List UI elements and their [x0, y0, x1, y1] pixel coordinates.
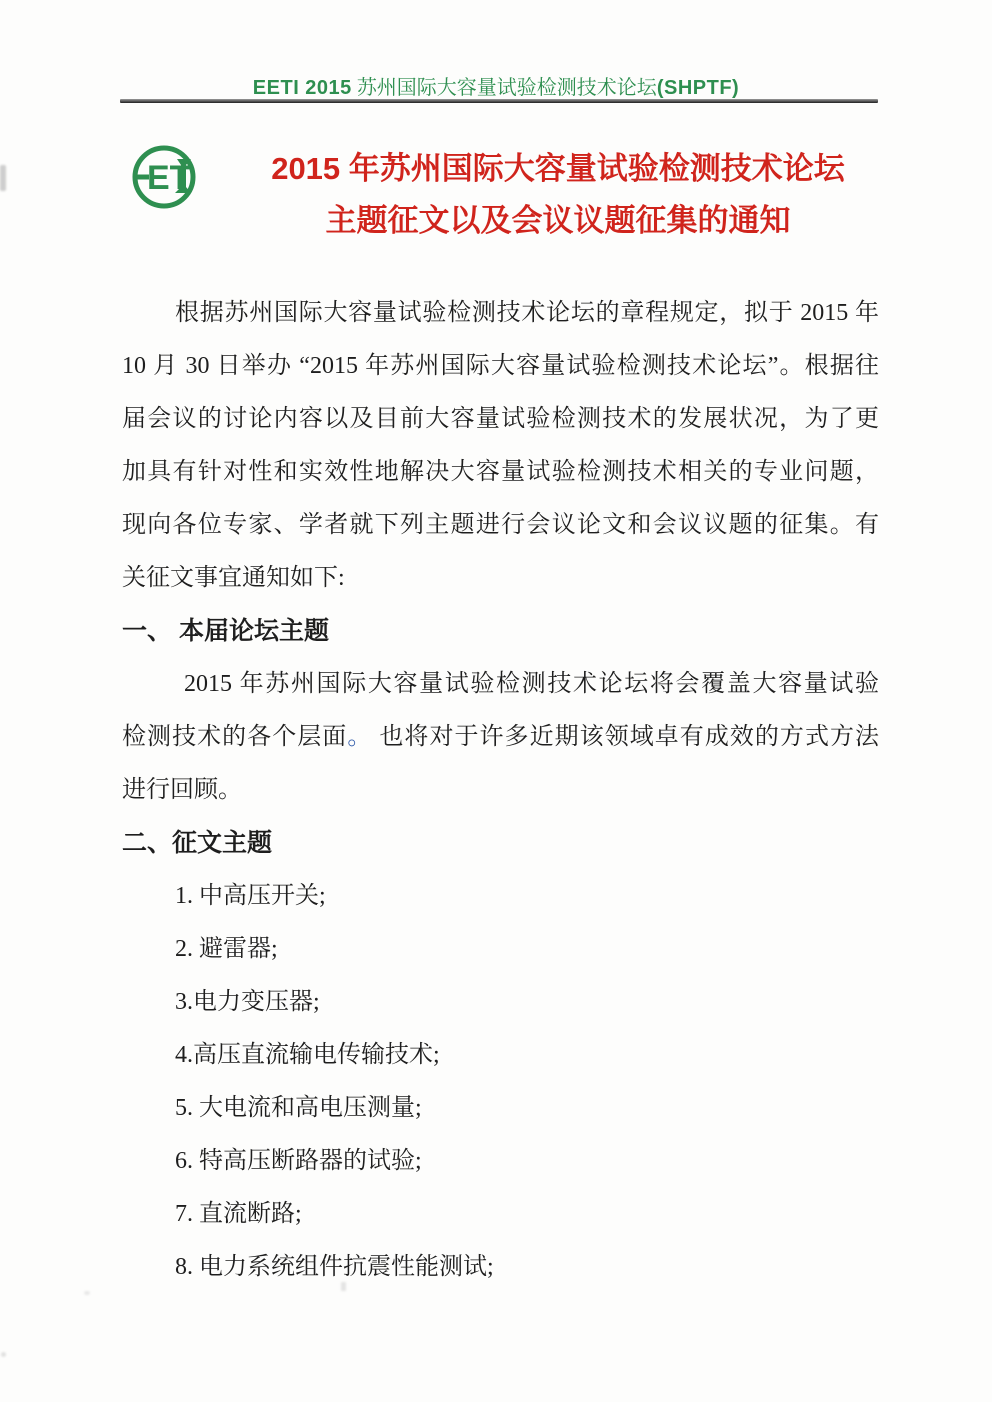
text-line: 届会议的讨论内容以及目前大容量试验检测技术的发展状况，为了更: [122, 393, 879, 446]
text-line: 4.高压直流输电传输技术;: [122, 1029, 879, 1082]
text-line: 关征文事宜通知如下:: [122, 552, 879, 605]
text-line: 5. 大电流和高电压测量;: [122, 1082, 879, 1135]
document-title: 2015 年苏州国际大容量试验检测技术论坛 主题征文以及会议议题征集的通知: [238, 143, 878, 247]
header-forum-name: 苏州国际大容量试验检测技术论坛: [357, 77, 657, 99]
eeti-logo: ET: [127, 140, 203, 214]
header-abbreviation: (SHPTF): [657, 77, 739, 99]
header-brand: EETI 2015: [253, 77, 352, 99]
scan-artifact: [1, 1352, 6, 1357]
text-line: 加具有针对性和实效性地解决大容量试验检测技术相关的专业问题，: [122, 446, 879, 499]
text-line: 10 月 30 日举办 “2015 年苏州国际大容量试验检测技术论坛”。根据往: [122, 340, 879, 393]
text-line: 现向各位专家、学者就下列主题进行会议论文和会议议题的征集。有: [122, 499, 879, 552]
text-line: 根据苏州国际大容量试验检测技术论坛的章程规定，拟于 2015 年: [122, 287, 879, 340]
scan-artifact: [341, 1282, 346, 1291]
document-page: EETI 2015 苏州国际大容量试验检测技术论坛(SHPTF) ET 2015…: [0, 0, 992, 1402]
text-line: 1. 中高压开关;: [122, 870, 879, 923]
topics-list: 1. 中高压开关;2. 避雷器;3.电力变压器;4.高压直流输电传输技术;5. …: [122, 870, 879, 1294]
text-segment: 也将对于许多近期该领域卓有成效的方式方法: [372, 724, 879, 750]
text-line: 2015 年苏州国际大容量试验检测技术论坛将会覆盖大容量试验: [122, 658, 879, 711]
text-line: 2. 避雷器;: [122, 923, 879, 976]
title-line-2: 主题征文以及会议议题征集的通知: [238, 195, 878, 247]
section2-heading: 二、征文主题: [122, 817, 879, 870]
section1-heading: 一、 本届论坛主题: [122, 605, 879, 658]
text-line: 进行回顾。: [122, 764, 879, 817]
scan-artifact: [0, 165, 6, 191]
intro-paragraph: 根据苏州国际大容量试验检测技术论坛的章程规定，拟于 2015 年10 月 30 …: [122, 287, 879, 605]
text-segment: 检测技术的各个层面: [122, 724, 347, 750]
text-line: 3.电力变压器;: [122, 976, 879, 1029]
title-line-1: 2015 年苏州国际大容量试验检测技术论坛: [238, 143, 878, 195]
section1-paragraph: 2015 年苏州国际大容量试验检测技术论坛将会覆盖大容量试验检测技术的各个层面。…: [122, 658, 879, 817]
header-rule: [120, 99, 878, 103]
document-body: 根据苏州国际大容量试验检测技术论坛的章程规定，拟于 2015 年10 月 30 …: [122, 287, 879, 1294]
page-header: EETI 2015 苏州国际大容量试验检测技术论坛(SHPTF): [0, 76, 992, 100]
scan-artifact: [84, 1291, 90, 1295]
colored-punctuation: 。: [347, 724, 372, 750]
text-line: 检测技术的各个层面。 也将对于许多近期该领域卓有成效的方式方法: [122, 711, 879, 764]
eeti-logo-graphic: ET: [127, 140, 203, 214]
text-line: 7. 直流断路;: [122, 1188, 879, 1241]
text-line: 6. 特高压断路器的试验;: [122, 1135, 879, 1188]
text-line: 8. 电力系统组件抗震性能测试;: [122, 1241, 879, 1294]
